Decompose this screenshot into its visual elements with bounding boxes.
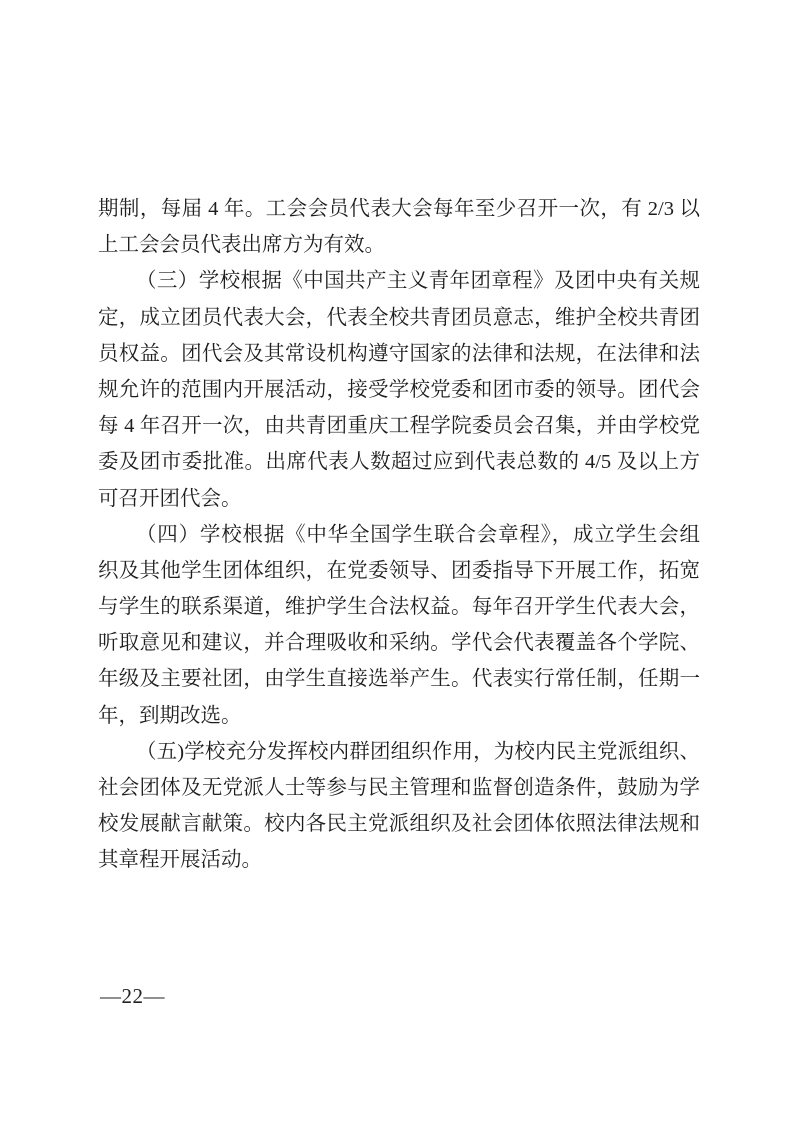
text-line: 年级及主要社团，由学生直接选举产生。代表实行常任制，任期一 — [98, 661, 700, 697]
text-line: 社会团体及无党派人士等参与民主管理和监督创造条件，鼓励为学 — [98, 770, 700, 806]
text-line: 听取意见和建议，并合理吸收和采纳。学代会代表覆盖各个学院、 — [98, 625, 700, 661]
text-line: （四）学校根据《中华全国学生联合会章程》，成立学生会组 — [98, 517, 700, 553]
text-line: 其章程开展活动。 — [98, 842, 700, 878]
paragraph-item-3: （三）学校根据《中国共产主义青年团章程》及团中央有关规 定，成立团员代表大会，代… — [98, 263, 700, 516]
text-line: 年，到期改选。 — [98, 698, 700, 734]
document-page: 期制，每届 4 年。工会会员代表大会每年至少召开一次，有 2/3 以 上工会会员… — [0, 0, 793, 1122]
text-line: 期制，每届 4 年。工会会员代表大会每年至少召开一次，有 2/3 以 — [98, 191, 700, 227]
text-line: 织及其他学生团体组织，在党委领导、团委指导下开展工作，拓宽 — [98, 553, 700, 589]
text-line: 与学生的联系渠道，维护学生合法权益。每年召开学生代表大会， — [98, 589, 700, 625]
document-body: 期制，每届 4 年。工会会员代表大会每年至少召开一次，有 2/3 以 上工会会员… — [98, 191, 700, 879]
paragraph-item-4: （四）学校根据《中华全国学生联合会章程》，成立学生会组 织及其他学生团体组织，在… — [98, 517, 700, 734]
text-line: 定，成立团员代表大会，代表全校共青团员意志，维护全校共青团 — [98, 300, 700, 336]
paragraph-item-5: （五)学校充分发挥校内群团组织作用，为校内民主党派组织、 社会团体及无党派人士等… — [98, 734, 700, 879]
text-line: 校发展献言献策。校内各民主党派组织及社会团体依照法律法规和 — [98, 806, 700, 842]
text-line: （三）学校根据《中国共产主义青年团章程》及团中央有关规 — [98, 263, 700, 299]
text-line: 员权益。团代会及其常设机构遵守国家的法律和法规，在法律和法 — [98, 336, 700, 372]
text-line: （五)学校充分发挥校内群团组织作用，为校内民主党派组织、 — [98, 734, 700, 770]
page-number: —22— — [100, 984, 165, 1008]
text-line: 规允许的范围内开展活动，接受学校党委和团市委的领导。团代会 — [98, 372, 700, 408]
text-line: 上工会会员代表出席方为有效。 — [98, 227, 700, 263]
paragraph-continuation: 期制，每届 4 年。工会会员代表大会每年至少召开一次，有 2/3 以 上工会会员… — [98, 191, 700, 263]
text-line: 委及团市委批准。出席代表人数超过应到代表总数的 4/5 及以上方 — [98, 444, 700, 480]
text-line: 每 4 年召开一次，由共青团重庆工程学院委员会召集，并由学校党 — [98, 408, 700, 444]
text-line: 可召开团代会。 — [98, 481, 700, 517]
